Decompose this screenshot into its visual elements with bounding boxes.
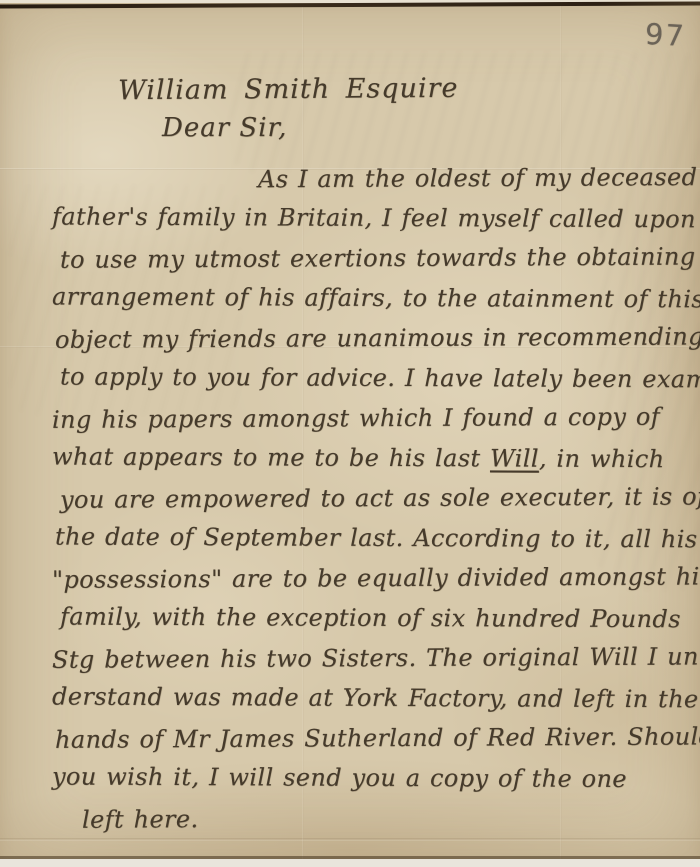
letter-body-line: "possessions" are to be equally divided … [52, 556, 700, 600]
letter-body: As I am the oldest of my deceased father… [52, 158, 700, 838]
body-text-segment: , in which [539, 445, 665, 474]
letter-body-line: you wish it, I will send you a copy of t… [52, 756, 700, 799]
letter-body-line: left here. [82, 796, 700, 840]
body-text-segment: what appears to me to be his last [52, 442, 490, 472]
letter-body-line: family, with the exception of six hundre… [60, 596, 700, 639]
scanner-bed-strip [0, 859, 700, 867]
letter-body-line: arrangement of his affairs, to the atain… [52, 276, 700, 319]
letter-body-line: you are empowered to act as sole execute… [60, 476, 700, 520]
scanned-letter: 97 William Smith Esquire Dear Sir, As I … [0, 0, 700, 867]
letter-body-line: Stg between his two Sisters. The origina… [52, 636, 700, 680]
salutation-line: Dear Sir, [162, 113, 287, 143]
letter-body-line: ing his papers amongst which I found a c… [52, 396, 700, 440]
letter-body-line: to use my utmost exertions towards the o… [60, 236, 700, 280]
letter-body-line: the date of September last. According to… [55, 516, 700, 559]
letter-body-line: object my friends are unanimous in recom… [55, 316, 700, 360]
letter-body-line: hands of Mr James Sutherland of Red Rive… [55, 716, 700, 760]
letter-body-line: As I am the oldest of my deceased [258, 157, 700, 200]
bleedthrough-texture [230, 52, 700, 172]
will-word-underlined: Will [490, 444, 539, 472]
letter-body-line: what appears to me to be his last Will, … [52, 436, 700, 479]
letter-body-line: derstand was made at York Factory, and l… [52, 676, 700, 719]
page-number-annotation: 97 [644, 17, 687, 53]
recipient-line: William Smith Esquire [118, 73, 459, 106]
letter-body-line: to apply to you for advice. I have latel… [60, 356, 700, 399]
letter-body-line: father's family in Britain, I feel mysel… [52, 196, 700, 239]
